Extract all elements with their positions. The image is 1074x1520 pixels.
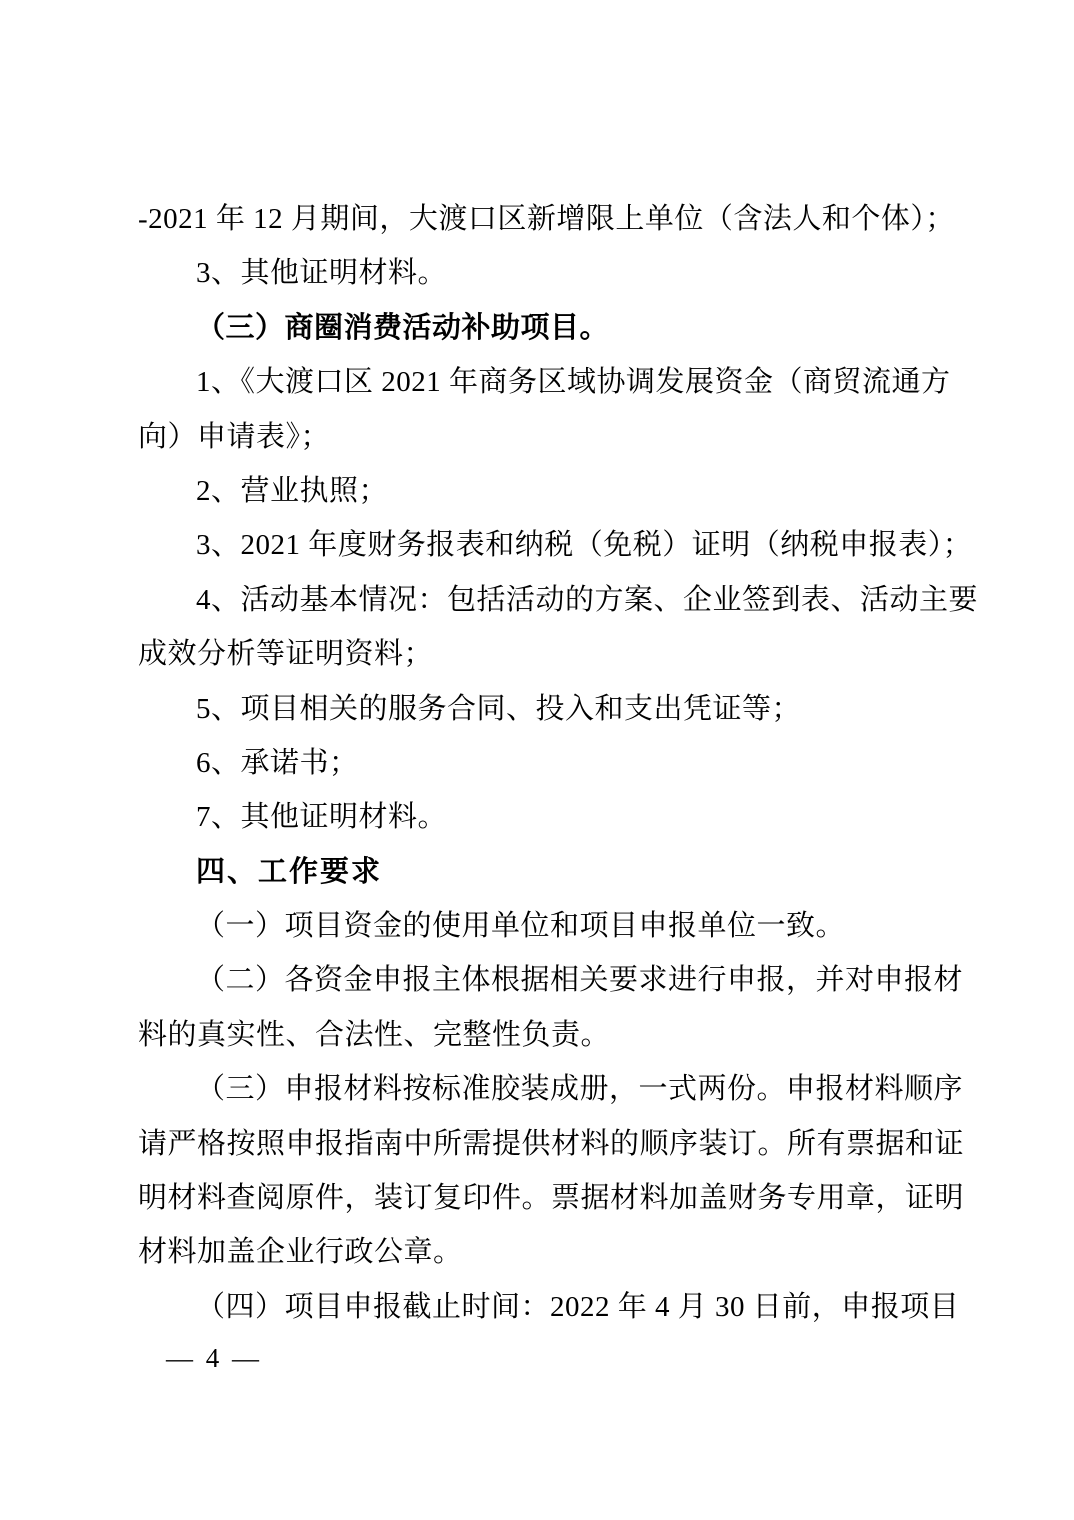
document-line-8: 4、活动基本情况：包括活动的方案、企业签到表、活动主要 [138,573,950,627]
document-line-18: 请严格按照申报指南中所需提供材料的顺序装订。所有票据和证 [138,1117,950,1171]
document-line-12: 7、其他证明材料。 [138,790,950,844]
document-line-10: 5、项目相关的服务合同、投入和支出凭证等； [138,682,950,736]
document-line-17: （三）申报材料按标准胶装成册，一式两份。申报材料顺序 [138,1062,950,1116]
document-line-21: （四）项目申报截止时间：2022 年 4 月 30 日前，申报项目 [138,1280,950,1334]
document-line-13: 四、工作要求 [138,845,950,899]
document-line-4: 1、《大渡口区 2021 年商务区域协调发展资金（商贸流通方 [138,355,950,409]
document-line-7: 3、2021 年度财务报表和纳税（免税）证明（纳税申报表）； [138,518,950,572]
document-line-11: 6、承诺书； [138,736,950,790]
document-line-6: 2、营业执照； [138,464,950,518]
document-page: -2021 年 12 月期间，大渡口区新增限上单位（含法人和个体）；3、其他证明… [0,0,1074,1520]
document-line-5: 向）申请表》； [138,410,950,464]
page-number: — 4 — [166,1340,262,1376]
document-line-9: 成效分析等证明资料； [138,627,950,681]
document-line-1: -2021 年 12 月期间，大渡口区新增限上单位（含法人和个体）； [138,192,950,246]
document-line-19: 明材料查阅原件，装订复印件。票据材料加盖财务专用章，证明 [138,1171,950,1225]
document-line-3: （三）商圈消费活动补助项目。 [138,301,950,355]
document-line-15: （二）各资金申报主体根据相关要求进行申报，并对申报材 [138,953,950,1007]
document-body: -2021 年 12 月期间，大渡口区新增限上单位（含法人和个体）；3、其他证明… [138,192,950,1334]
document-line-16: 料的真实性、合法性、完整性负责。 [138,1008,950,1062]
document-line-14: （一）项目资金的使用单位和项目申报单位一致。 [138,899,950,953]
document-line-2: 3、其他证明材料。 [138,246,950,300]
document-line-20: 材料加盖企业行政公章。 [138,1225,950,1279]
